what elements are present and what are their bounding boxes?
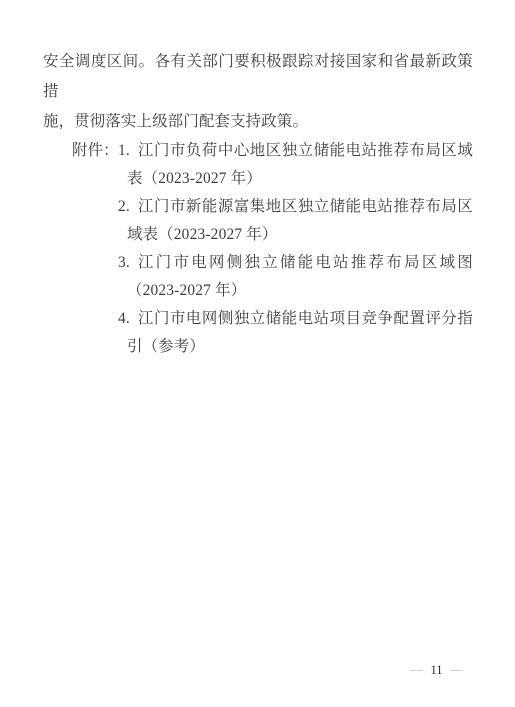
attachment-item-continuation: 引（参考） [127,333,473,361]
attachment-item-line: 4. 江门市电网侧独立储能电站项目竞争配置评分指 [118,305,473,333]
attachment-item-line: 3. 江门市电网侧独立储能电站推荐布局区域图 [118,249,473,277]
attachment-item-number: 3. [118,249,138,277]
attachment-item-text: 江门市电网侧独立储能电站项目竞争配置评分指 [138,305,473,333]
attachment-item-continuation: （2023-2027 年） [127,277,473,305]
attachment-list: 1. 江门市负荷中心地区独立储能电站推荐布局区域 表（2023-2027 年） … [118,137,473,361]
paragraph-line: 施，贯彻落实上级部门配套支持政策。 [43,107,473,137]
attachment-item-number: 2. [118,193,138,221]
attachment-item-text: 江门市负荷中心地区独立储能电站推荐布局区域 [138,137,473,165]
attachments-section: 附件： 1. 江门市负荷中心地区独立储能电站推荐布局区域 表（2023-2027… [72,137,473,361]
attachment-item-line: 2. 江门市新能源富集地区独立储能电站推荐布局区 [118,193,473,221]
footer-dash-left: — [410,664,423,677]
attachment-item: 2. 江门市新能源富集地区独立储能电站推荐布局区 域表（2023-2027 年） [118,193,473,249]
body-paragraph: 安全调度区间。各有关部门要积极跟踪对接国家和省最新政策措 施，贯彻落实上级部门配… [43,47,473,137]
attachment-item-continuation: 域表（2023-2027 年） [127,221,473,249]
page-number: 11 [430,662,442,678]
attachment-item-number: 1. [118,137,138,165]
attachment-item-text: 江门市新能源富集地区独立储能电站推荐布局区 [138,193,473,221]
attachment-item: 4. 江门市电网侧独立储能电站项目竞争配置评分指 引（参考） [118,305,473,361]
attachment-item-line: 1. 江门市负荷中心地区独立储能电站推荐布局区域 [118,137,473,165]
attachment-item: 1. 江门市负荷中心地区独立储能电站推荐布局区域 表（2023-2027 年） [118,137,473,193]
attachment-item: 3. 江门市电网侧独立储能电站推荐布局区域图 （2023-2027 年） [118,249,473,305]
paragraph-line: 安全调度区间。各有关部门要积极跟踪对接国家和省最新政策措 [43,47,473,107]
attachment-label: 附件： [72,137,119,165]
attachment-item-text: 江门市电网侧独立储能电站推荐布局区域图 [138,249,473,277]
attachment-item-number: 4. [118,305,138,333]
attachment-item-continuation: 表（2023-2027 年） [127,165,473,193]
document-page: 安全调度区间。各有关部门要积极跟踪对接国家和省最新政策措 施，贯彻落实上级部门配… [0,0,515,707]
footer-dash-right: — [451,664,464,677]
page-footer: — 11 — [410,662,463,678]
